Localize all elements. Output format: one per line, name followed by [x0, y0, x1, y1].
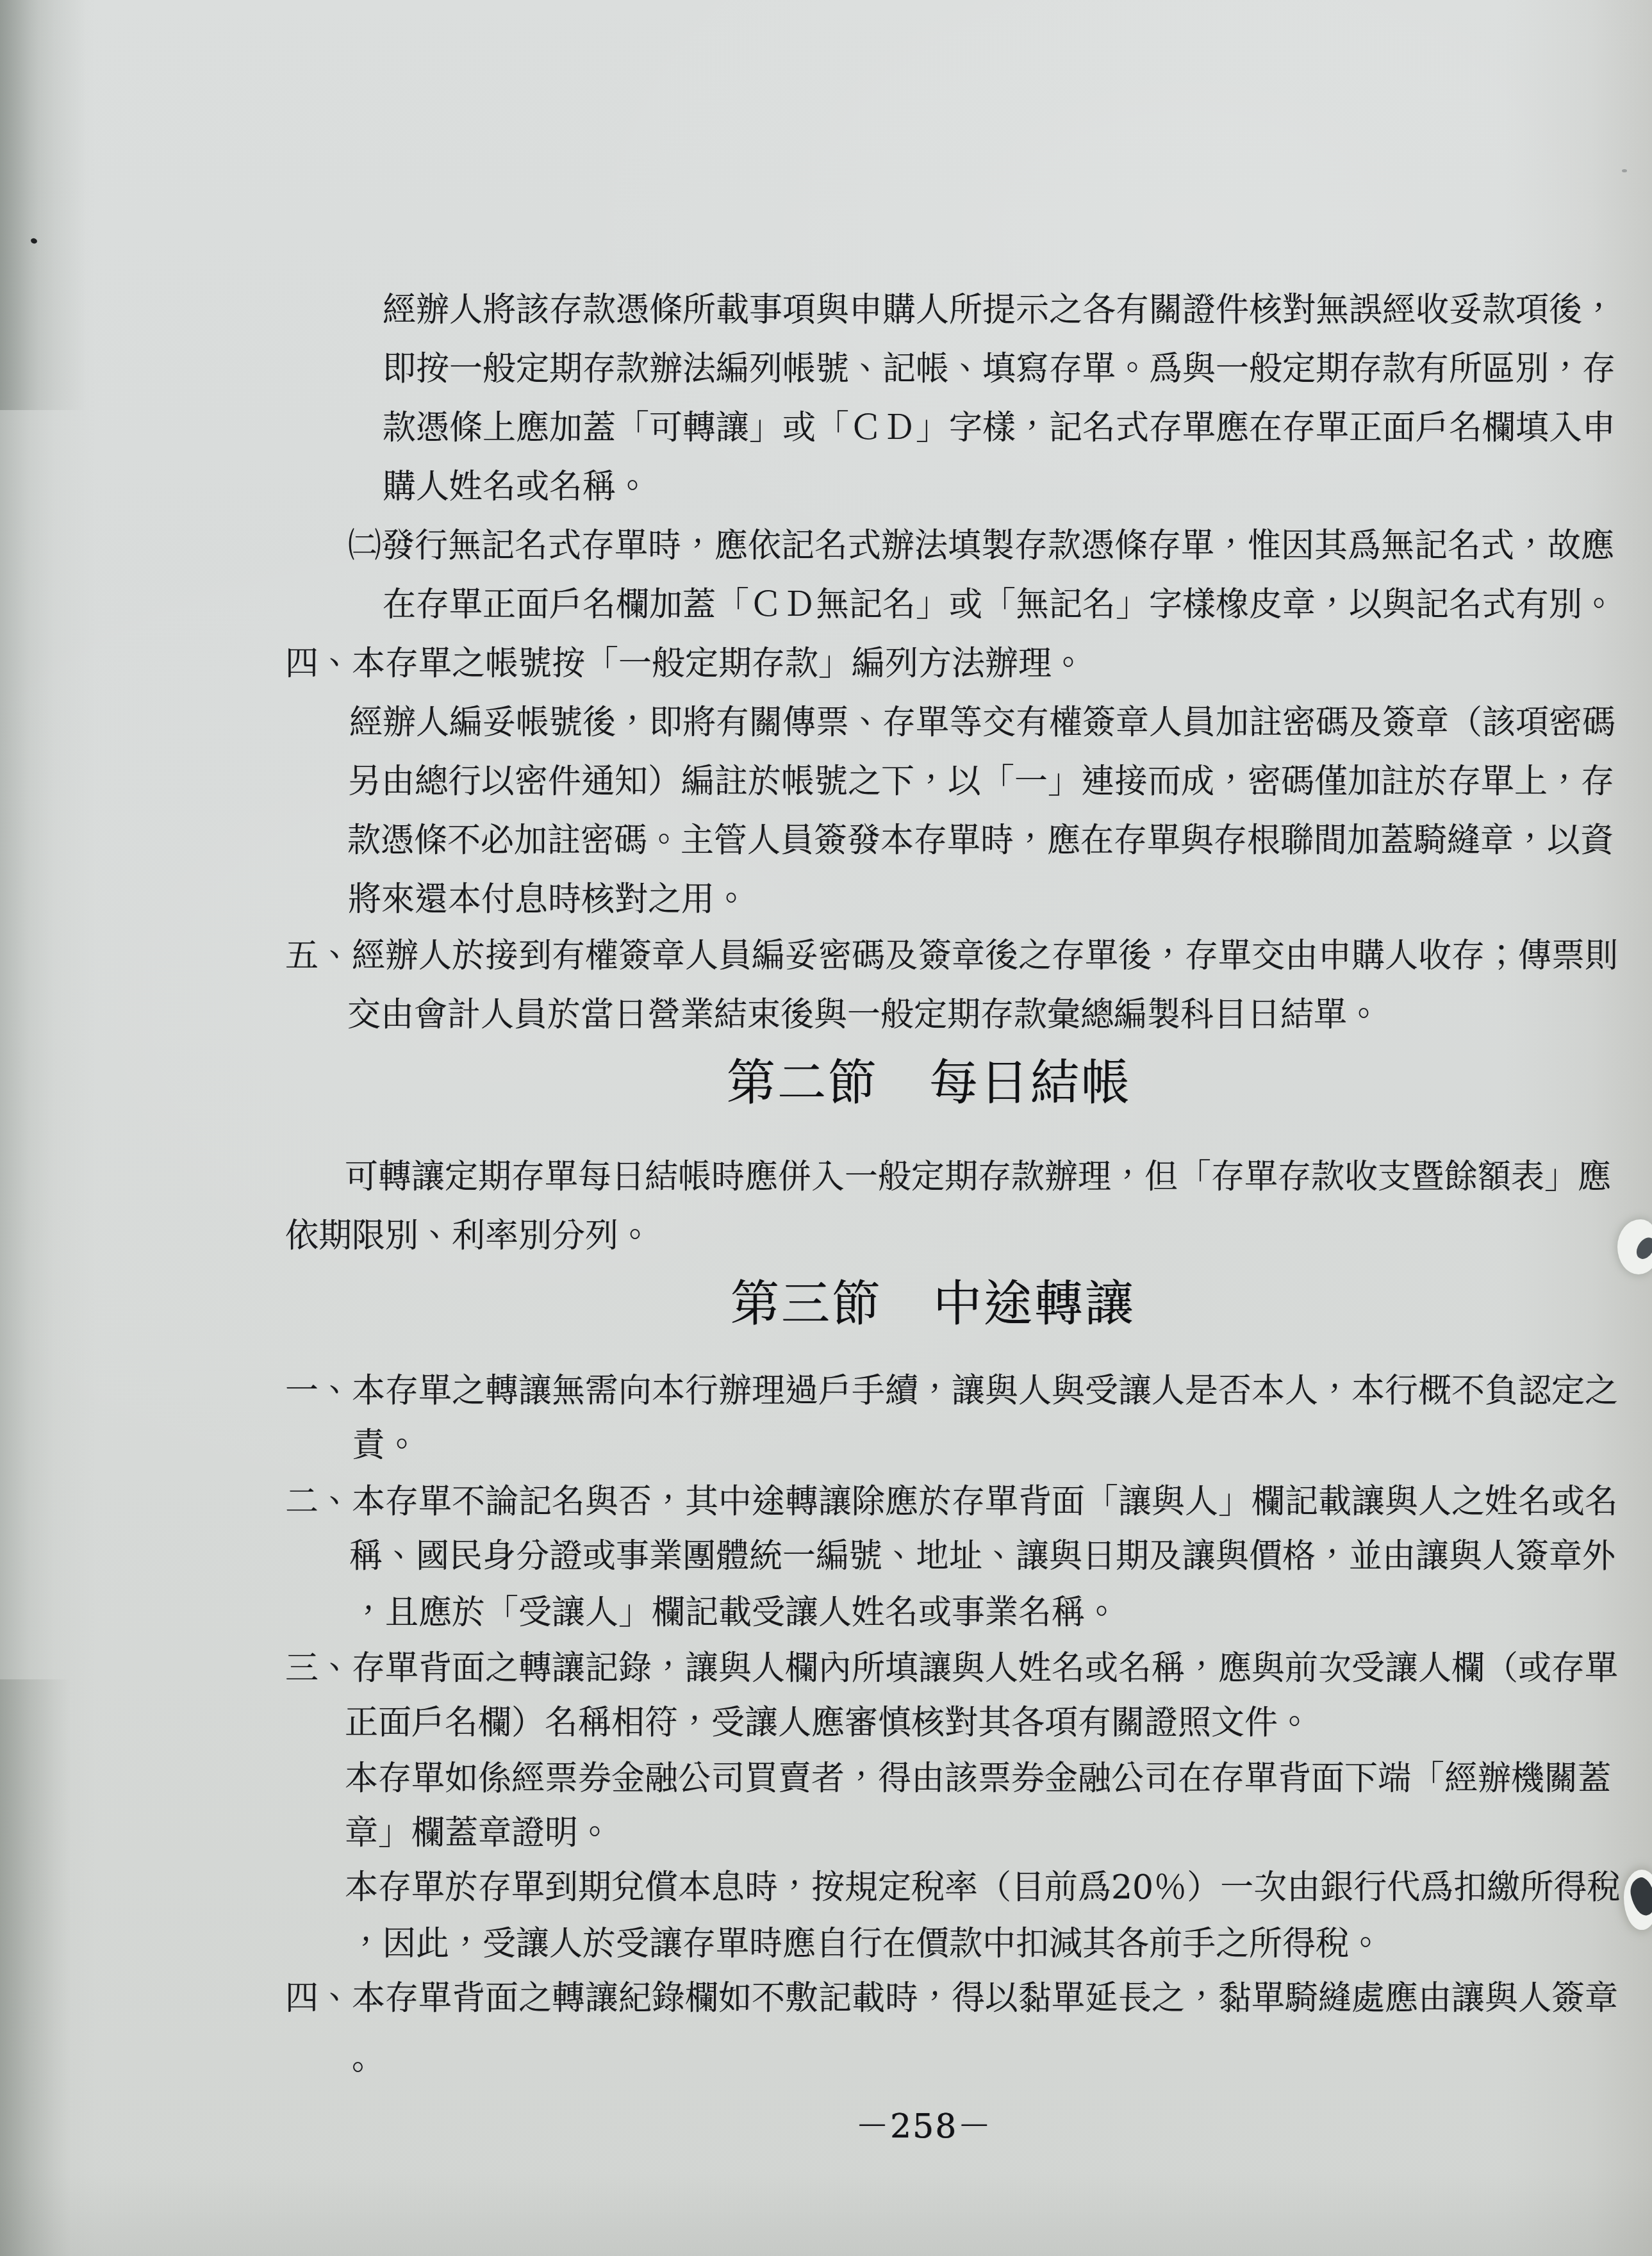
text-line: ，因此，受讓人於受讓存單時應自行在價款中扣減其各前手之所得稅。: [349, 1925, 1382, 1964]
text-line: 一、本存單之轉讓無需向本行辦理過戶手續，讓與人與受讓人是否本人，本行概不負認定之: [285, 1372, 1618, 1411]
text-line: 交由會計人員於當日營業結束後與一般定期存款彙總編製科目日結單。: [347, 996, 1380, 1035]
page: －258－ 經辦人將該存款憑條所載事項與申購人所提示之各有關證件核對無誤經收妥款…: [0, 0, 1652, 2256]
faint-mark: [1622, 169, 1627, 172]
text-line: 將來還本付息時核對之用。: [348, 881, 748, 919]
page-number: －258－: [855, 2108, 992, 2146]
text-line: 四、本存單之帳號按「一般定期存款」編列方法辦理。: [285, 645, 1085, 684]
scan-shadow-bottom: [0, 2173, 1652, 2256]
text-line: 經辦人將該存款憑條所載事項與申購人所提示之各有關證件核對無誤經收妥款項後，: [383, 292, 1615, 330]
text-line: 章」欄蓋章證明。: [345, 1815, 611, 1853]
text-line: 責。: [352, 1427, 418, 1465]
text-line: ，且應於「受讓人」欄記載受讓人姓名或事業名稱。: [352, 1594, 1118, 1633]
text-line: 另由總行以密件通知）編註於帳號之下，以「一」連接而成，密碼僅加註於存單上，存: [348, 763, 1614, 802]
scan-shadow-left: [0, 0, 96, 2256]
section-heading: 第二節 每日結帳: [727, 1056, 1132, 1110]
text-line: 三、存單背面之轉讓記錄，讓與人欄內所填讓與人姓名或名稱，應與前次受讓人欄（或存單: [285, 1650, 1618, 1688]
text-line: 五、經辦人於接到有權簽章人員編妥密碼及簽章後之存單後，存單交由申購人收存；傳票則: [285, 937, 1618, 976]
text-line: 購人姓名或名稱。: [383, 468, 649, 507]
text-line: 款憑條不必加註密碼。主管人員簽發本存單時，應在存單與存根聯間加蓋騎縫章，以資: [347, 822, 1614, 860]
text-line: 在存單正面戶名欄加蓋「ＣＤ無記名」或「無記名」字樣橡皮章，以與記名式有別。: [383, 586, 1615, 625]
section-heading: 第三節 中途轉讓: [731, 1277, 1136, 1331]
text-line: 稱、國民身分證或事業團體統一編號、地址、讓與日期及讓與價格，並由讓與人簽章外: [349, 1538, 1615, 1576]
text-line: 。: [352, 2039, 385, 2078]
ink-speck: [30, 238, 38, 245]
text-line: 經辦人編妥帳號後，即將有關傳票、存單等交有權簽章人員加註密碼及簽章（該項密碼: [349, 704, 1615, 743]
text-line: 即按一般定期存款辦法編列帳號、記帳、填寫存單。爲與一般定期存款有所區別，存: [383, 350, 1615, 389]
text-line: 款憑條上應加蓋「可轉讓」或「ＣＤ」字樣，記名式存單應在存單正面戶名欄填入申: [383, 409, 1615, 448]
text-line: 二、本存單不論記名與否，其中途轉讓除應於存單背面「讓與人」欄記載讓與人之姓名或名: [285, 1483, 1618, 1522]
text-line: 本存單於存單到期兌償本息時，按規定稅率（目前爲20％）一次由銀行代爲扣繳所得稅: [345, 1869, 1620, 1907]
text-line: ㈡發行無記名式存單時，應依記名式辦法填製存款憑條存單，惟因其爲無記名式，故應: [348, 527, 1614, 566]
text-line: 依期限別、利率別分列。: [285, 1217, 652, 1256]
text-line: 本存單如係經票券金融公司買賣者，得由該票券金融公司在存單背面下端「經辦機關蓋: [345, 1760, 1611, 1799]
text-line: 正面戶名欄）名稱相符，受讓人應審慎核對其各項有關證照文件。: [345, 1704, 1311, 1743]
text-line: 可轉讓定期存單每日結帳時應併入一般定期存款辦理，但「存單存款收支暨餘額表」應: [345, 1158, 1611, 1197]
text-line: 四、本存單背面之轉讓紀錄欄如不敷記載時，得以黏單延長之，黏單騎縫處應由讓與人簽章: [285, 1980, 1618, 2018]
